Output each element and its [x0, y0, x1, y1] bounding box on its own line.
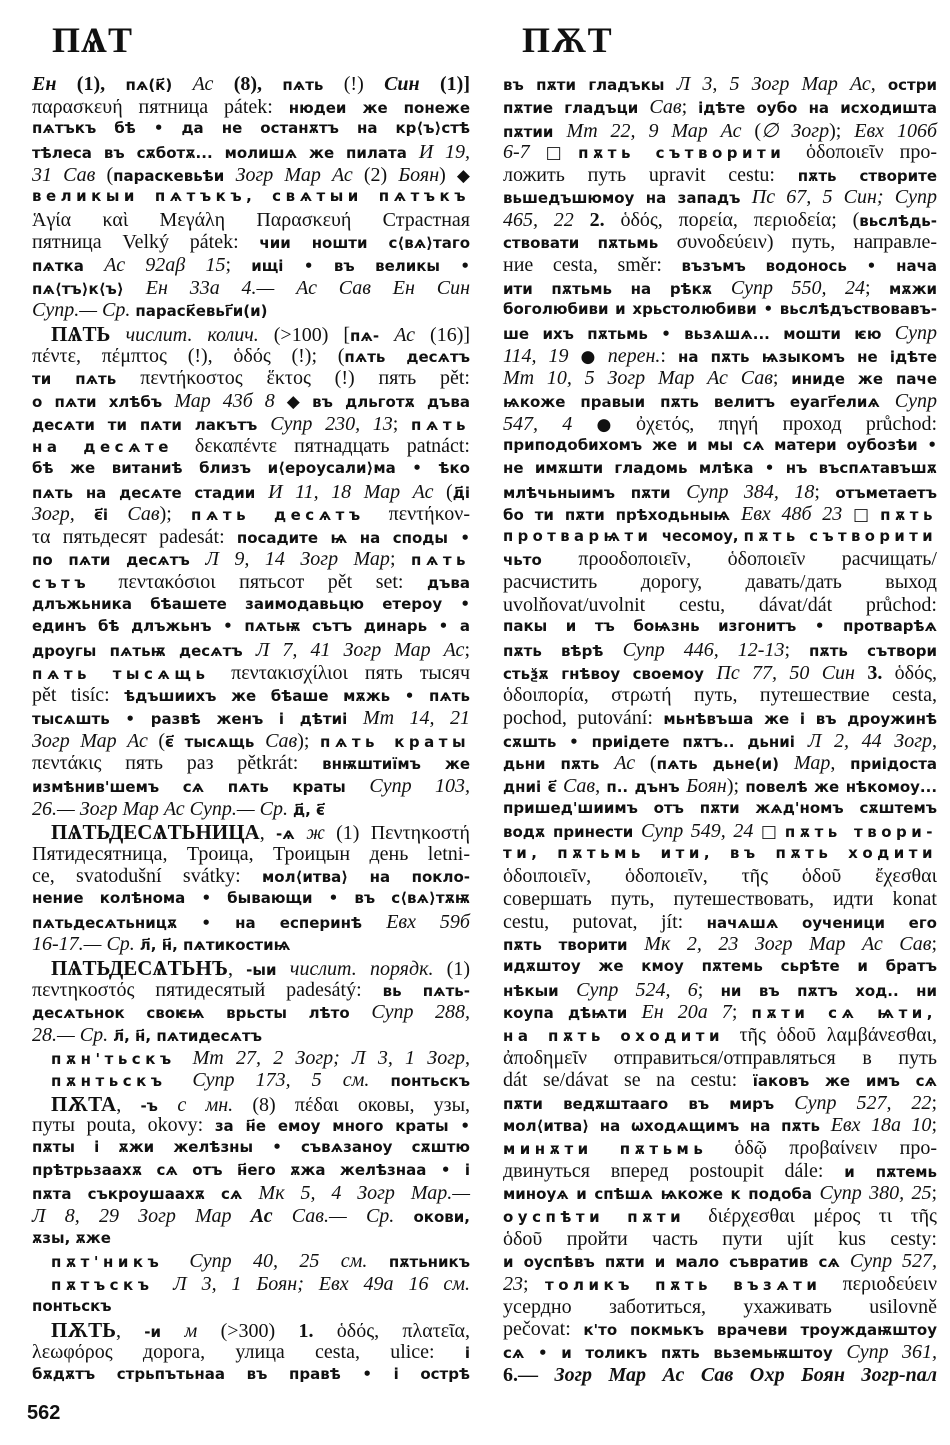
church-slavonic-text: приідоста: [850, 755, 937, 773]
church-slavonic-text: посадите ѩ на споды •: [237, 529, 470, 547]
church-slavonic-text: параскевьѣи: [113, 167, 235, 185]
dictionary-line: путы pouta, okovy: за н҃е емоу много кра…: [32, 1114, 470, 1137]
line-text: на пѫть оходити τῆς ὁδοῦ λαμβάνεσθαι,: [503, 1024, 937, 1049]
line-text: пѫть вѣрѣ Супр 446, 12-13; пѫть сътвори: [503, 639, 937, 664]
dictionary-line: понтьскъ: [32, 1296, 470, 1319]
source-citation: с мн.: [177, 1094, 252, 1116]
church-slavonic-phrase: пѫть сътворити: [578, 144, 806, 162]
dictionary-line: dát se/dávat se na cestu: їаковъ же имъ …: [503, 1069, 937, 1092]
dictionary-line: пѧтъкъ бѣ • да не останѫтъ на кр⟨ъ⟩стѣ: [32, 118, 470, 141]
gloss-text: Пятидесятница, Троица, Троицын день letn…: [32, 843, 470, 865]
gloss-text: ,: [260, 822, 276, 844]
line-text: расчистить дорогу, давать/дать выход: [503, 571, 937, 596]
church-slavonic-text: пѧтка: [32, 257, 104, 275]
church-slavonic-text: мол⟨итва⟩ на покло-: [262, 868, 470, 886]
church-slavonic-text: вьшедъшюмоу на западъ: [503, 189, 752, 207]
gloss-text: πεντηκοστός пятидесятый padesátý:: [32, 979, 383, 1001]
church-slavonic-text: начѧшѧ оученици его: [707, 914, 937, 932]
gloss-text: πέντε, πέμπτος (!), ὁδός (!); (: [32, 345, 344, 367]
church-slavonic-text: сѧ • и толикъ пѫть вьземьѭштоу: [503, 1344, 846, 1362]
church-slavonic-text: пѫта съкроушаахѫ сѧ: [32, 1185, 259, 1203]
dictionary-line: 114, 19 ● перен.: на пѫть ѩзыкомъ не ідѣ…: [503, 345, 937, 368]
line-text: дроугы пѧтьѭ десѧтъ Л 7, 41 Зогр Мар Ас;: [32, 639, 470, 664]
source-citation: числит. колич.: [126, 324, 274, 346]
source-siglum: Ен: [32, 73, 56, 95]
dictionary-line: ити пѫтьмь на рѣкѫ Супр 550, 24; мѫжи: [503, 277, 937, 300]
church-slavonic-text: бѣ же витаниѣ близъ и⟨ероусали⟩ма • ѣко: [32, 459, 470, 477]
dictionary-line: 465, 22 2. ὁδός, πορεία, περιοδεία; (вьс…: [503, 209, 937, 232]
gloss-text: );: [297, 730, 320, 752]
dictionary-line: пѫн'тьскъ Мт 27, 2 Зогр; Л 3, 1 Зогр,: [32, 1047, 470, 1070]
line-text: 16-17.— Ср. л҃, н҃, пѧтикостиѩ: [32, 933, 290, 958]
line-text: пѫтие гладъци Сав; ідѣте оубо на исходиш…: [503, 96, 937, 121]
line-text: пѧтъкъ бѣ • да не останѫтъ на кр⟨ъ⟩стѣ: [32, 118, 470, 141]
source-citation: Л 2, 44 Зогр: [808, 730, 932, 752]
church-slavonic-text: л҃, н҃, пѧтикостиѩ: [140, 936, 291, 954]
line-text: παρασκευή пятница pátek: нюдеи же понеже: [32, 96, 470, 121]
church-slavonic-phrase: пѫтъскъ: [51, 1276, 173, 1294]
gloss-text: διέρχεσθαι μέρος τι τῆς: [708, 1205, 937, 1227]
source-citation: Евх 18а 10: [831, 1114, 932, 1136]
church-slavonic-text: д҃і: [453, 484, 470, 502]
source-citation: Сав: [127, 503, 159, 525]
church-slavonic-text: въ дльготѫ дъва: [312, 393, 470, 411]
church-slavonic-text: длъжьника бѣашете заимодавьцю етероу •: [32, 595, 470, 613]
source-citation: Супр 384, 18: [686, 481, 814, 503]
dictionary-line: ἀποδημεῖν отправиться/отправляться в пут…: [503, 1047, 937, 1070]
dictionary-line: не имѫшти гладомь млѣка • нъ въспѧтавъшѫ: [503, 458, 937, 481]
line-text: усердно заботиться, ухаживать usilovně: [503, 1296, 937, 1321]
line-text: Пятидесятница, Троица, Троицын день letn…: [32, 843, 470, 868]
line-text: чьто προοδοποιεῖν, ὁδοποιεῖν расчищать/: [503, 548, 937, 573]
church-slavonic-text: измѣнив'шемъ сѧ пѧть краты: [32, 778, 369, 796]
source-citation: Евх 48б 23: [741, 503, 853, 525]
gloss-text: ): [439, 164, 457, 186]
dictionary-line: протварѩти чесомоу, пѫть сътворити: [503, 526, 937, 549]
line-text: ὁδοιποιεῖν, ὁδοποιεῖν, τῆς ὁδοῦ ἔχεσθαι: [503, 865, 937, 890]
line-text: dát se/dávat se na cestu: їаковъ же имъ …: [503, 1069, 937, 1094]
gloss-text: uvolňovat/uvolnit cestu, dávat/dát průch…: [503, 594, 937, 616]
source-siglum: Ас: [251, 1205, 273, 1227]
source-citation: числит. порядк.: [290, 958, 447, 980]
source-citation: Мт 10, 5 Зогр Мар Ас Сав: [503, 367, 773, 389]
church-slavonic-text: пѫть творити: [503, 936, 644, 954]
line-text: бѫдѫтъ стрьпътьнаа въ правѣ • і острѣ: [32, 1364, 470, 1387]
gloss-text: ложить путь upravit cestu:: [503, 164, 798, 186]
running-head-right: ПѪТ: [522, 19, 613, 61]
church-slavonic-text: на пѫть ѩзыкомъ не ідѣте: [678, 348, 937, 366]
dictionary-line: длъжьника бѣашете заимодавьцю етероу •: [32, 594, 470, 617]
gloss-text: ;: [698, 979, 721, 1001]
source-citation: Супр: [895, 390, 937, 412]
gloss-text: ,: [595, 775, 606, 797]
dictionary-line: pečovat: к'то покмькъ врачеви троуждаѭшт…: [503, 1318, 937, 1341]
gloss-text: Ἁγία καὶ Μεγάλη Παρασκευή Страстная: [32, 209, 470, 231]
dictionary-line: великыи пѧтъкъ, свѧтыи пѧтъкъ: [32, 186, 470, 209]
bold-marker: (1)]: [420, 73, 470, 95]
gloss-text: ;: [225, 254, 251, 276]
church-slavonic-text: -ъ: [140, 1097, 177, 1115]
church-slavonic-text: є҃і: [94, 506, 127, 524]
source-citation: перен.: [608, 345, 661, 367]
dictionary-line: Ἁγία καὶ Μεγάλη Παρασκευή Страстная: [32, 209, 470, 232]
dictionary-line: ПѦТЬ числит. колич. (>100) [пѧ- Ас (16)]: [32, 322, 470, 345]
church-slavonic-text: сѫшть • приідете пѫтъ.. дьниі: [503, 733, 808, 751]
church-slavonic-text: о пѧти хлѣбъ: [32, 393, 174, 411]
church-slavonic-phrase: пѧть краты: [320, 733, 470, 751]
gloss-text: ;: [931, 1092, 937, 1114]
church-slavonic-phrase: пѧть: [411, 551, 470, 569]
line-text: совершать путь, путешествовать, идти kon…: [503, 888, 937, 913]
dictionary-line: ѩкоже правыи пѫть велитъ еуагг҃елиѧ Супр: [503, 390, 937, 413]
gloss-text: усердно заботиться, ухаживать usilovně: [503, 1296, 937, 1318]
line-text: пѫтъскъ Л 3, 1 Боян; Евх 49а 16 см.: [51, 1273, 470, 1298]
line-text: пятница Velký pátek: чии ношти с⟨вѧ⟩таго: [32, 231, 470, 256]
source-citation: Сав.— Ср.: [273, 1205, 414, 1227]
gloss-text: ;: [732, 1001, 752, 1023]
entry-headword: ПѦТЬ: [51, 322, 126, 346]
gloss-text: (!): [323, 73, 384, 95]
church-slavonic-text: нюдеи же понеже: [289, 99, 470, 117]
source-citation: 465, 22: [503, 209, 590, 231]
gloss-text: λεωφόρος дорога, улица cesta, ulice:: [32, 1341, 465, 1363]
gloss-text: ὁδοιποιεῖν, ὁδοποιεῖν, τῆς ὁδοῦ ἔχεσθαι: [503, 865, 937, 887]
church-slavonic-phrase: толикъ пѫть възѧти: [545, 1276, 843, 1294]
dictionary-line: идѫштоу же кмоу пѫтемь сьрѣте и братъ: [503, 956, 937, 979]
line-text: ити пѫтьмь на рѣкѫ Супр 550, 24; мѫжи: [503, 277, 937, 302]
dictionary-line: расчистить дорогу, давать/дать выход: [503, 571, 937, 594]
gloss-text: (: [650, 752, 657, 774]
source-citation: Ас: [394, 324, 430, 346]
gloss-text: δεκαπέντε пятнадцать patnáct:: [195, 435, 470, 457]
line-text: дьни пѫть Ас (пѧть дьне(и) Мар, приідост…: [503, 752, 937, 777]
line-text: приподобихомъ же и мы сѧ матери оубозѣи …: [503, 435, 937, 458]
source-citation: Ен 20а 7: [642, 1001, 732, 1023]
dictionary-line: Пятидесятница, Троица, Троицын день letn…: [32, 843, 470, 866]
line-text: водѫ принести Супр 549, 24 □ пѫть твори-: [503, 820, 937, 845]
entry-headword: ПѦТЬДЕСѦТЬНИЦА: [51, 820, 260, 844]
dictionary-line: ПѦТЬДЕСѦТЬНЪ, -ыи числит. порядк. (1): [32, 956, 470, 979]
line-text: 23; толикъ пѫть възѧти περιοδεύειν: [503, 1273, 937, 1298]
source-citation: Пс 77, 50 Син: [716, 662, 867, 684]
church-slavonic-phrase: пѫть твори-: [785, 823, 937, 841]
line-text: на десѧте δεκαπέντε пятнадцать patnáct:: [32, 435, 470, 460]
dictionary-line: пѫты і ѫжи желѣзны • съвѧзаноу сѫштю: [32, 1137, 470, 1160]
dictionary-line: бѫдѫтъ стрьпътьнаа въ правѣ • і острѣ: [32, 1364, 470, 1387]
church-slavonic-text: пѫть створите: [798, 167, 937, 185]
church-slavonic-text: въ пѫти гладъкы: [503, 76, 677, 94]
source-citation: 114, 19: [503, 345, 581, 367]
dictionary-line: πέντε, πέμπτος (!), ὁδός (!); (пѧть десѧ…: [32, 345, 470, 368]
gloss-text: πεντήκον-: [389, 503, 470, 525]
line-text: ти пѧть πεντήκοστος ἕκτος (!) пять pět:: [32, 367, 470, 392]
line-text: Мт 10, 5 Зогр Мар Ас Сав; иниде же паче: [503, 367, 937, 392]
gloss-text: );: [160, 503, 191, 525]
dictionary-line: совершать путь, путешествовать, идти kon…: [503, 888, 937, 911]
gloss-text: расчистить дорогу, давать/дать выход: [503, 571, 937, 593]
source-citation: Боян: [686, 775, 727, 797]
line-text: пѫти ведѫштааго въ миръ Супр 527, 22;: [503, 1092, 937, 1117]
dictionary-line: ние cesta, směr: възъмъ водонось • нача: [503, 254, 937, 277]
gloss-text: путы pouta, okovy:: [32, 1114, 215, 1136]
dictionary-line: ПѪТЬ, -и м (>300) 1. ὁδός, πλατεῖα,: [32, 1318, 470, 1341]
church-slavonic-text: ствовати пѫтьмь: [503, 234, 677, 252]
line-text: 465, 22 2. ὁδός, πορεία, περιοδεία; (вьс…: [503, 209, 937, 234]
dictionary-line: τα пятьдесят padesát: посадите ѩ на спод…: [32, 526, 470, 549]
dictionary-line: и оуспѣвъ пѫти и мало съвратив сѧ Супр 5…: [503, 1250, 937, 1273]
line-text: сѫшть • приідете пѫтъ.. дьниі Л 2, 44 Зо…: [503, 730, 937, 755]
church-slavonic-text: -и: [144, 1323, 184, 1341]
source-citation: Боян: [398, 164, 439, 186]
source-citation: Ас: [614, 752, 650, 774]
line-text: πέντε, πέμπτος (!), ὁδός (!); (пѧть десѧ…: [32, 345, 470, 370]
church-slavonic-text: пѧть на десѧте стадии: [32, 484, 268, 502]
line-text: дниі є҃ Сав, п.. дънъ Боян); повелѣ же н…: [503, 775, 937, 800]
church-slavonic-phrase: сътъ: [32, 574, 118, 592]
dictionary-line: о пѧти хлѣбъ Мар 43б 8 ◆ въ дльготѫ дъва: [32, 390, 470, 413]
line-text: пѫнтьскъ Супр 173, 5 см. понтьскъ: [51, 1069, 470, 1094]
dictionary-line: вьшедъшюмоу на западъ Пс 67, 5 Син; Супр: [503, 186, 937, 209]
church-slavonic-phrase: пѫт'никъ: [51, 1253, 189, 1271]
line-text: ствовати пѫтьмь συνοδεύειν) путь, направ…: [503, 231, 937, 256]
bold-marker: (1),: [56, 73, 125, 95]
church-slavonic-text: ше ихъ пѫтьмь • вьзѧшѧ... мошти ѥю: [503, 325, 895, 343]
gloss-text: ;: [814, 481, 835, 503]
source-citation: 16-17.— Ср.: [32, 933, 140, 955]
dictionary-line: пѫтии Мт 22, 9 Мар Ас (∅ Зогр); Евх 106б: [503, 118, 937, 141]
church-slavonic-phrase: пѧть: [411, 416, 470, 434]
church-slavonic-text: є҃ тысѧщь: [165, 733, 265, 751]
line-text: 26.— Зогр Мар Ас Супр.— Ср. д҃, є҃: [32, 798, 325, 823]
line-text: ce, svatodušní svátky: мол⟨итва⟩ на покл…: [32, 865, 470, 890]
line-text: 114, 19 ● перен.: на пѫть ѩзыкомъ не ідѣ…: [503, 345, 937, 370]
church-slavonic-text: чесомоу,: [662, 527, 744, 545]
entry-headword: ПѪТЬ: [51, 1318, 116, 1342]
dictionary-line: дьни пѫть Ас (пѧть дьне(и) Мар, приідост…: [503, 752, 937, 775]
church-slavonic-text: бѫдѫтъ стрьпътьнаа въ правѣ • і острѣ: [32, 1365, 470, 1383]
church-slavonic-text: тѣлеса въ сѫботѫ... молишѧ же пилата: [32, 144, 419, 162]
gloss-text: :: [660, 345, 678, 367]
source-citation: Л 7, 41 Зогр Мар Ас: [256, 639, 465, 661]
church-slavonic-text: пѫтие гладъци: [503, 99, 649, 117]
church-slavonic-text: боголюбиви и хрьстолюбиви • вьслѣдъствов…: [503, 300, 937, 318]
church-slavonic-text: чьто: [503, 551, 578, 569]
church-slavonic-text: пѧть: [282, 76, 323, 94]
gloss-text: ὁδῷ προβαίνειν про-: [734, 1137, 937, 1159]
gloss-text: συνοδεύειν) путь, направле-: [677, 231, 937, 253]
gloss-text: (1) Πεντηκοστή: [336, 822, 470, 844]
gloss-text: совершать путь, путешествовать, идти kon…: [503, 888, 937, 910]
dictionary-line: Супр.— Ср. параск҃евьг҃и(и): [32, 299, 470, 322]
dictionary-line: ложить путь upravit cestu: пѫть створите: [503, 164, 937, 187]
church-slavonic-text: п.. дънъ: [606, 778, 686, 796]
source-citation: Супр 549, 24: [641, 820, 761, 842]
dictionary-line: uvolňovat/uvolnit cestu, dávat/dát průch…: [503, 594, 937, 617]
dictionary-line: λεωφόρος дорога, улица cesta, ulice: і: [32, 1341, 470, 1364]
dictionary-line: пятница Velký pátek: чии ношти с⟨вѧ⟩таго: [32, 231, 470, 254]
church-slavonic-text: водѫ принести: [503, 823, 641, 841]
dictionary-line: πεντηκοστός пятидесятый padesátý: вь пѧт…: [32, 979, 470, 1002]
source-siglum: Син: [384, 73, 420, 95]
dictionary-line: пѧть тысѧщь πεντακισχίλιοι пять тысяч: [32, 662, 470, 685]
line-text: великыи пѧтъкъ, свѧтыи пѧтъкъ: [32, 186, 470, 209]
source-citation: 26.— Зогр Мар Ас Супр.— Ср.: [32, 798, 293, 820]
line-text: ти, пѫтьмь ити, въ пѫть ходити: [503, 843, 937, 866]
church-slavonic-text: -ыи: [246, 961, 290, 979]
line-text: по пѧти десѧтъ Л 9, 14 Зогр Мар; пѧть: [32, 548, 470, 573]
gloss-text: ;: [931, 933, 937, 955]
source-citation: И 11, 18 Мар Ас: [268, 481, 446, 503]
dictionary-line: водѫ принести Супр 549, 24 □ пѫть твори-: [503, 820, 937, 843]
church-slavonic-text: не имѫшти гладомь млѣка • нъ въспѧтавъшѫ: [503, 459, 937, 477]
source-citation: Супр 103,: [369, 775, 470, 797]
gloss-text: пятница Velký pátek:: [32, 231, 259, 253]
gloss-text: двинуться вперед postoupit dále:: [503, 1160, 844, 1182]
gloss-text: ;: [523, 1273, 545, 1295]
church-slavonic-text: миноуѧ и спѣшѧ ѩкоже к подоба: [503, 1185, 820, 1203]
church-slavonic-text: пѧть десѧтъ: [344, 348, 470, 366]
dictionary-line: ὁδοιποιεῖν, ὁδοποιεῖν, τῆς ὁδοῦ ἔχεσθαι: [503, 865, 937, 888]
line-text: идѫштоу же кмоу пѫтемь сьрѣте и братъ: [503, 956, 937, 979]
line-text: πεντηκοστός пятидесятый padesátý: вь пѧт…: [32, 979, 470, 1004]
source-citation: Сав: [649, 96, 681, 118]
line-text: десѧти ти пѧти лакътъ Супр 230, 13; пѧть: [32, 413, 470, 438]
dictionary-line: pět tisíc: ѣдъшиихъ же бѣаше мѫжь • пѧть: [32, 684, 470, 707]
church-slavonic-text: пѧ⟨тъ⟩к⟨ъ⟩: [32, 280, 146, 298]
gloss-text: ,: [116, 1320, 144, 1342]
source-citation: Мт 22, 9 Мар Ас: [567, 120, 755, 142]
section-symbol-icon: ●: [597, 415, 637, 435]
dictionary-line: Л 8, 29 Зогр Мар Ас Сав.— Ср. окови,: [32, 1205, 470, 1228]
church-slavonic-text: дниі є҃: [503, 778, 563, 796]
church-slavonic-text: прѣтрьзаахѫ сѧ отъ н҃его ѫжа желѣзнаа • …: [32, 1161, 470, 1179]
line-text: и оуспѣвъ пѫти и мало съвратив сѧ Супр 5…: [503, 1250, 937, 1275]
line-text: путы pouta, okovy: за н҃е емоу много кра…: [32, 1114, 470, 1139]
church-slavonic-text: пѫти ведѫштааго въ миръ: [503, 1095, 794, 1113]
line-text: пѧтка Ас 92аβ 15; ищі • въ великы •: [32, 254, 470, 279]
line-text: пришед'шиимъ отъ пѫти жѧд'номъ сѫштемъ: [503, 798, 937, 821]
line-text: pečovat: к'то покмькъ врачеви троуждаѭшт…: [503, 1318, 937, 1343]
line-text: сътъ πεντακόσιοι пятьсот pět set: дъва: [32, 571, 470, 596]
church-slavonic-phrase: пѧть десѧтъ: [191, 506, 389, 524]
section-symbol-icon: □: [761, 822, 785, 842]
gloss-text: ;: [931, 1182, 937, 1204]
gloss-text: ,: [116, 1094, 140, 1116]
dictionary-line: боголюбиви и хрьстолюбиви • вьслѣдъствов…: [503, 299, 937, 322]
gloss-text: ;: [390, 548, 411, 570]
dictionary-line: ПѪТА, -ъ с мн. (8) πέδαι оковы, узы,: [32, 1092, 470, 1115]
source-citation: ∅ Зогр: [761, 120, 829, 142]
church-slavonic-text: понтьскъ: [32, 1297, 112, 1315]
dictionary-line: ѫзы, ѫже: [32, 1228, 470, 1251]
dictionary-line: измѣнив'шемъ сѧ пѧть краты Супр 103,: [32, 775, 470, 798]
line-text: Зогр Мар Ас (є҃ тысѧщь Сав); пѧть краты: [32, 730, 470, 755]
dictionary-line: приподобихомъ же и мы сѧ матери оубозѣи …: [503, 435, 937, 458]
bold-marker: 6.—: [503, 1364, 554, 1386]
church-slavonic-phrase: великыи пѧтъкъ, свѧтыи пѧтъкъ: [32, 187, 470, 205]
dictionary-line: ше ихъ пѫтьмь • вьзѧшѧ... мошти ѥю Супр: [503, 322, 937, 345]
dictionary-line: пѧтка Ас 92аβ 15; ищі • въ великы •: [32, 254, 470, 277]
source-citation: Л 3, 5 Зогр Мар Ас: [677, 73, 871, 95]
line-text: пѧть на десѧте стадии И 11, 18 Мар Ас (д…: [32, 481, 470, 506]
gloss-text: ;: [931, 1114, 937, 1136]
church-slavonic-text: дьни пѫть: [503, 755, 614, 773]
line-text: пѫть творити Мк 2, 23 Зогр Мар Ас Сав;: [503, 933, 937, 958]
gloss-text: (: [446, 481, 453, 503]
dictionary-line: 28.— Ср. л҃, н҃, пѧтидесѧтъ: [32, 1024, 470, 1047]
source-citation: Супр 40, 25 см.: [189, 1250, 388, 1272]
line-text: тысѧшть • развѣ женъ і дѣтиі Мт 14, 21: [32, 707, 470, 732]
church-slavonic-text: пѧ(к҃): [125, 76, 172, 94]
gloss-text: );: [727, 775, 745, 797]
section-symbol-icon: ●: [581, 347, 608, 367]
church-slavonic-text: пѫтии: [503, 123, 567, 141]
gloss-text: ;: [682, 96, 699, 118]
left-column: Ен (1), пѧ(к҃) Ас (8), пѧть (!) Син (1)]…: [32, 73, 470, 1386]
dictionary-line: мол⟨итва⟩ на ѡходѧщимъ на пѫть Евх 18а 1…: [503, 1114, 937, 1137]
church-slavonic-text: пришед'шиимъ отъ пѫти жѧд'номъ сѫштемъ: [503, 799, 937, 817]
church-slavonic-phrase: пѫть: [880, 506, 937, 524]
gloss-text: ;: [464, 639, 470, 661]
church-slavonic-phrase: пѫнтьскъ: [51, 1072, 192, 1090]
dictionary-line: тѣлеса въ сѫботѫ... молишѧ же пилата И 1…: [32, 141, 470, 164]
church-slavonic-text: тысѧшть • развѣ женъ і дѣтиі: [32, 710, 363, 728]
dictionary-line: чьто προοδοποιεῖν, ὁδοποιεῖν расчищать/: [503, 548, 937, 571]
church-slavonic-text: ѫзы, ѫже: [32, 1229, 111, 1247]
dictionary-line: 16-17.— Ср. л҃, н҃, пѧтикостиѩ: [32, 933, 470, 956]
line-text: коупа дѣѩти Ен 20а 7; пѫти сѧ ѩти,: [503, 1001, 937, 1026]
dictionary-line: 6.— Зогр Мар Ас Сав Охр Боян Зогр-пал: [503, 1364, 937, 1387]
church-slavonic-text: вьслѣдь-: [859, 212, 937, 230]
line-text: 31 Сав (параскевьѣи Зогр Мар Ас (2) Боян…: [32, 164, 470, 189]
dictionary-line: Ен (1), пѧ(к҃) Ас (8), пѧть (!) Син (1)]: [32, 73, 470, 96]
gloss-text: (8) πέδαι оковы, узы,: [252, 1094, 470, 1116]
source-siglum: Зогр Мар Ас Сав Охр Боян Зогр-пал: [554, 1364, 937, 1386]
line-text: прѣтрьзаахѫ сѧ отъ н҃его ѫжа желѣзнаа • …: [32, 1160, 470, 1183]
bold-marker: 1.: [299, 1320, 337, 1342]
dictionary-line: пѧтьдесѧтьницѫ • на есперинѣ Евх 59б: [32, 911, 470, 934]
line-text: cestu, putovat, jít: начѧшѧ оученици его: [503, 911, 937, 936]
source-citation: Супр 550, 24: [731, 277, 865, 299]
dictionary-line: нѣкыи Супр 524, 6; ни въ пѫтъ ход.. ни: [503, 979, 937, 1002]
church-slavonic-text: -ѧ: [276, 825, 306, 843]
dictionary-line: πεντάκις пять раз pětkrát: внѭштиїмъ же: [32, 752, 470, 775]
line-text: ложить путь upravit cestu: пѫть створите: [503, 164, 937, 189]
gloss-text: ;: [393, 413, 411, 435]
dictionary-line: десѧти ти пѧти лакътъ Супр 230, 13; пѧть: [32, 413, 470, 436]
entry-headword: ПѪТА: [51, 1092, 116, 1116]
dictionary-line: на пѫть оходити τῆς ὁδοῦ λαμβάνεσθαι,: [503, 1024, 937, 1047]
line-text: понтьскъ: [32, 1296, 112, 1319]
dictionary-line: ти пѧть πεντήκοστος ἕκτος (!) пять pět:: [32, 367, 470, 390]
church-slavonic-text: възъмъ водонось • нача: [681, 257, 937, 275]
church-slavonic-phrase: протварѩти: [503, 527, 662, 545]
section-symbol-icon: □: [853, 505, 880, 525]
line-text: пѫта съкроушаахѫ сѧ Мк 5, 4 Зогр Мар.—: [32, 1182, 470, 1207]
gloss-text: περιοδεύειν: [843, 1273, 937, 1295]
church-slavonic-phrase: ти, пѫтьмь ити, въ пѫть ходити: [503, 844, 937, 862]
dictionary-line: ПѦТЬДЕСѦТЬНИЦА, -ѧ ж (1) Πεντηκοστή: [32, 820, 470, 843]
church-slavonic-phrase: оуспѣти пѫти: [503, 1208, 708, 1226]
dictionary-line: пѫти ведѫштааго въ миръ Супр 527, 22;: [503, 1092, 937, 1115]
church-slavonic-text: мьнѣвъша же і въ дроужинѣ: [663, 710, 937, 728]
church-slavonic-text: по пѧти десѧтъ: [32, 551, 205, 569]
church-slavonic-text: дроугы пѧтьѭ десѧтъ: [32, 642, 256, 660]
gloss-text: ὀχετός, πηγή проход průchod:: [636, 413, 937, 435]
dictionary-line: десѧтьнок своѥѩ врьсты лѣто Супр 288,: [32, 1001, 470, 1024]
dictionary-line: Зогр, є҃і Сав); пѧть десѧтъ πεντήκον-: [32, 503, 470, 526]
gloss-text: ние cesta, směr:: [503, 254, 681, 276]
